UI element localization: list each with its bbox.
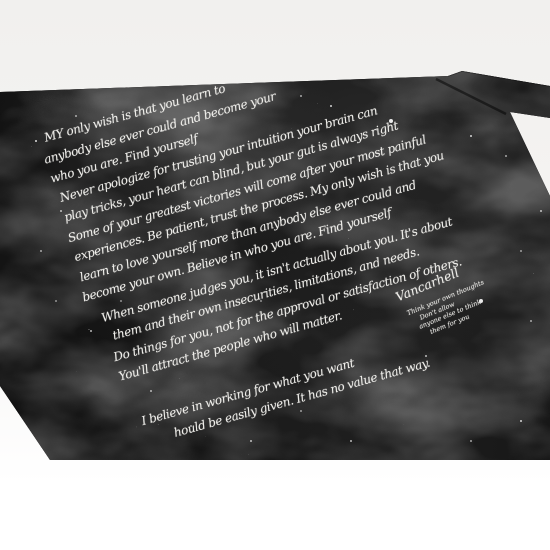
t-shirt: MY only wish is that you learn to anybod…	[0, 0, 550, 550]
product-photo: MY only wish is that you learn to anybod…	[0, 0, 550, 550]
bright-speckles	[0, 0, 2, 2]
